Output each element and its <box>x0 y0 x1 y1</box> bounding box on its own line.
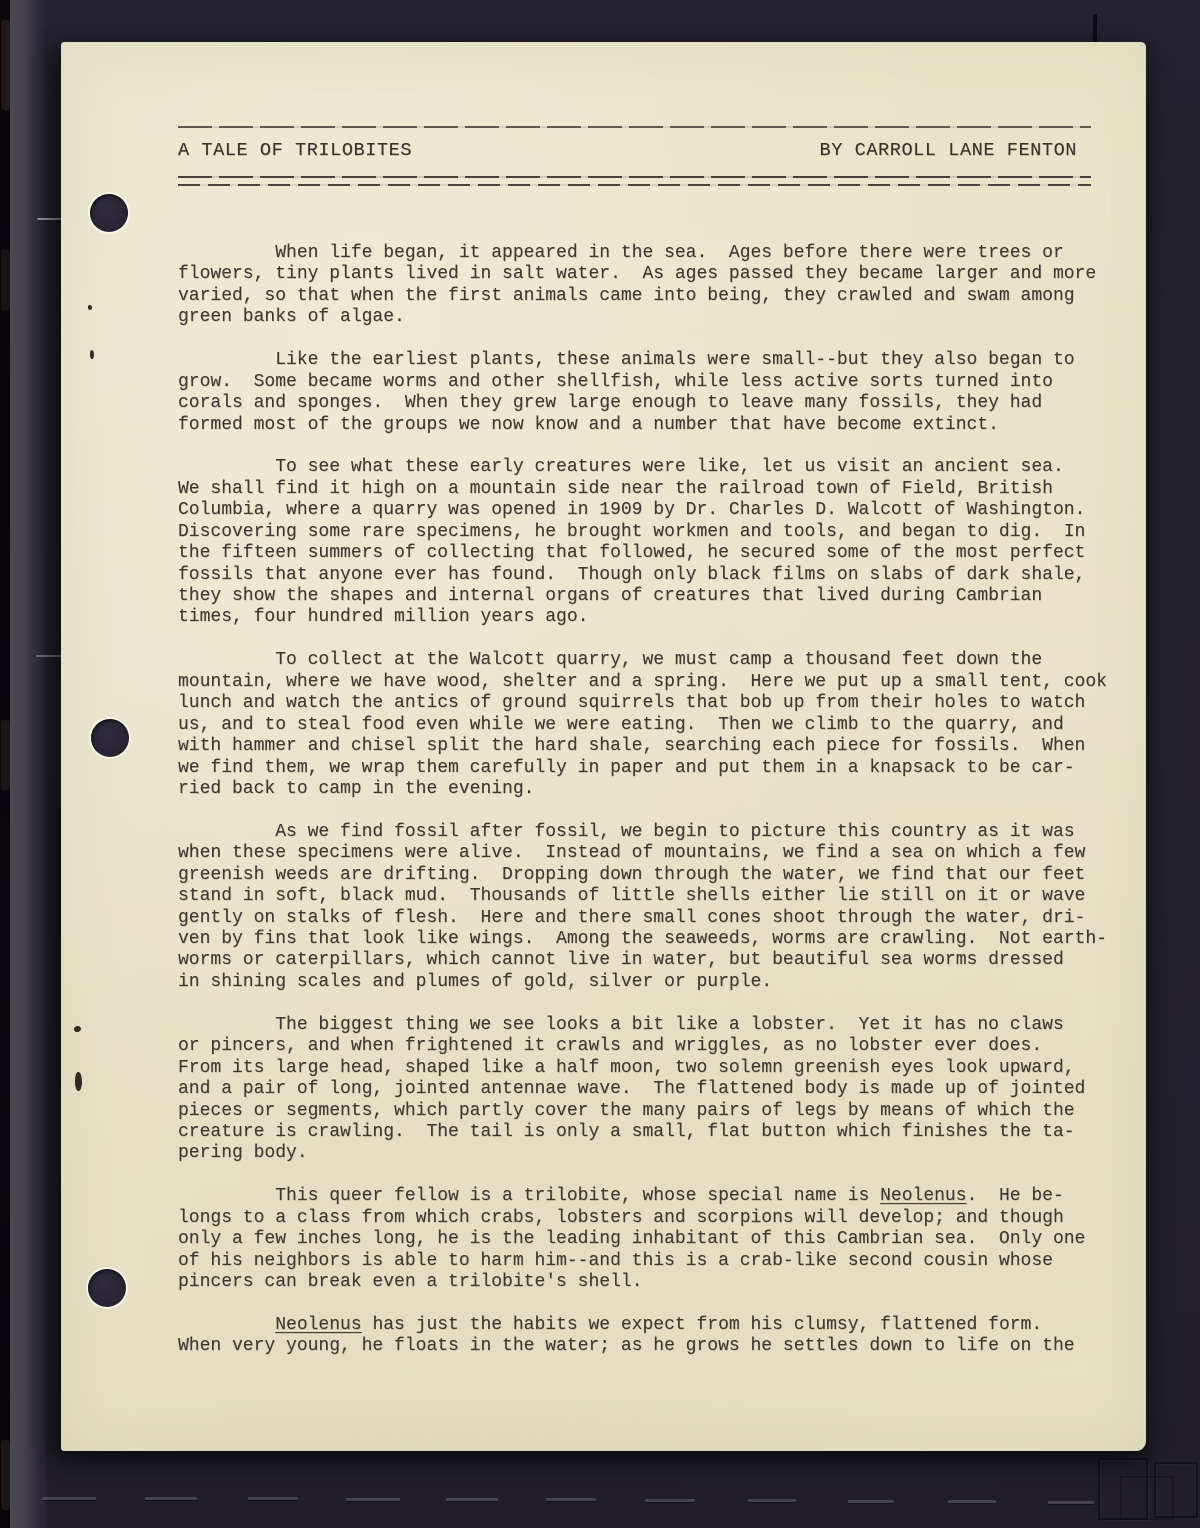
document-body: When life began, it appeared in the sea.… <box>178 243 1128 1379</box>
text-line: This queer fellow is a trilobite, whose … <box>178 1186 1128 1207</box>
paragraph: This queer fellow is a trilobite, whose … <box>178 1186 1128 1293</box>
text-line: of his neighbors is able to harm him--an… <box>178 1251 1128 1272</box>
text-line: grow. Some became worms and other shellf… <box>178 372 1128 393</box>
ink-speck <box>73 1025 82 1033</box>
header-rule-double-2 <box>178 184 1091 186</box>
text-line: pieces or segments, which partly cover t… <box>178 1101 1128 1122</box>
document-byline: BY CARROLL LANE FENTON <box>820 140 1077 161</box>
faint-dash <box>42 1497 96 1500</box>
text-line: pering body. <box>178 1143 1128 1164</box>
embossed-rectangle <box>1120 1476 1174 1520</box>
text-line: ven by fins that look like wings. Among … <box>178 929 1128 950</box>
faint-dash <box>346 1498 400 1501</box>
scratch-mark <box>37 218 62 220</box>
text-line: When life began, it appeared in the sea.… <box>178 243 1128 264</box>
text-line: stand in soft, black mud. Thousands of l… <box>178 886 1128 907</box>
text-line: formed most of the groups we now know an… <box>178 415 1128 436</box>
spine-blotch <box>1 250 10 310</box>
text-line: longs to a class from which crabs, lobst… <box>178 1208 1128 1229</box>
punch-hole <box>90 194 128 232</box>
text-line: varied, so that when the first animals c… <box>178 286 1128 307</box>
paragraph: As we find fossil after fossil, we begin… <box>178 822 1128 994</box>
text-line: us, and to steal food even while we were… <box>178 715 1128 736</box>
spine-blotch <box>1 1440 10 1510</box>
ink-speck <box>90 350 94 359</box>
paper-sheet: A TALE OF TRILOBITES BY CARROLL LANE FEN… <box>61 42 1146 1451</box>
text-line: To see what these early creatures were l… <box>178 457 1128 478</box>
text-line: and a pair of long, jointed antennae wav… <box>178 1079 1128 1100</box>
paragraph: To see what these early creatures were l… <box>178 457 1128 629</box>
paragraph: To collect at the Walcott quarry, we mus… <box>178 650 1128 800</box>
text-line: Columbia, where a quarry was opened in 1… <box>178 500 1128 521</box>
text-line: when these specimens were alive. Instead… <box>178 843 1128 864</box>
faint-dash <box>446 1498 498 1501</box>
text-line: only a few inches long, he is the leadin… <box>178 1229 1128 1250</box>
document-title: A TALE OF TRILOBITES <box>178 140 412 161</box>
faint-dash <box>145 1497 197 1500</box>
text-line: pincers can break even a trilobite's she… <box>178 1272 1128 1293</box>
text-line: times, four hundred million years ago. <box>178 607 1128 628</box>
text-line: flowers, tiny plants lived in salt water… <box>178 264 1128 285</box>
text-line: To collect at the Walcott quarry, we mus… <box>178 650 1128 671</box>
text-line: When very young, he floats in the water;… <box>178 1336 1128 1357</box>
text-line: Discovering some rare specimens, he brou… <box>178 522 1128 543</box>
text-line: corals and sponges. When they grew large… <box>178 393 1128 414</box>
text-line: ried back to camp in the evening. <box>178 779 1128 800</box>
book-spine <box>10 0 46 1528</box>
text-line: worms or caterpillars, which cannot live… <box>178 950 1128 971</box>
text-line: mountain, where we have wood, shelter an… <box>178 672 1128 693</box>
document-header: A TALE OF TRILOBITES BY CARROLL LANE FEN… <box>178 126 1091 192</box>
text-line: We shall find it high on a mountain side… <box>178 479 1128 500</box>
text-line: gently on stalks of flesh. Here and ther… <box>178 908 1128 929</box>
text-line: in shining scales and plumes of gold, si… <box>178 972 1128 993</box>
text-line: we find them, we wrap them carefully in … <box>178 758 1128 779</box>
faint-dash <box>848 1500 894 1503</box>
punch-hole <box>91 719 129 757</box>
text-line: lunch and watch the antics of ground squ… <box>178 693 1128 714</box>
faint-dash <box>546 1498 596 1501</box>
paragraph: Neolenus has just the habits we expect f… <box>178 1315 1128 1358</box>
text-line: fossils that anyone ever has found. Thou… <box>178 565 1128 586</box>
scan-background: { "page": { "header": { "title": "A TALE… <box>0 0 1200 1528</box>
text-line: the fifteen summers of collecting that f… <box>178 543 1128 564</box>
text-line: Like the earliest plants, these animals … <box>178 350 1128 371</box>
text-line: creature is crawling. The tail is only a… <box>178 1122 1128 1143</box>
header-rule-top <box>178 126 1091 128</box>
faint-dash <box>748 1499 796 1502</box>
ink-speck <box>88 305 92 310</box>
ink-speck <box>75 1072 82 1091</box>
text-line: As we find fossil after fossil, we begin… <box>178 822 1128 843</box>
text-line: Neolenus has just the habits we expect f… <box>178 1315 1128 1336</box>
paragraph: Like the earliest plants, these animals … <box>178 350 1128 436</box>
header-row: A TALE OF TRILOBITES BY CARROLL LANE FEN… <box>178 140 1077 161</box>
faint-dash <box>1048 1501 1094 1504</box>
text-line: From its large head, shaped like a half … <box>178 1058 1128 1079</box>
text-line: The biggest thing we see looks a bit lik… <box>178 1015 1128 1036</box>
faint-dash <box>645 1499 695 1502</box>
punch-hole <box>88 1269 126 1307</box>
faint-dash <box>948 1500 996 1503</box>
paragraph: When life began, it appeared in the sea.… <box>178 243 1128 329</box>
text-line: they show the shapes and internal organs… <box>178 586 1128 607</box>
text-line: with hammer and chisel split the hard sh… <box>178 736 1128 757</box>
spine-blotch <box>1 720 10 790</box>
scratch-mark <box>36 655 62 657</box>
faint-dash <box>248 1497 298 1500</box>
text-line: greenish weeds are drifting. Dropping do… <box>178 865 1128 886</box>
paragraph: The biggest thing we see looks a bit lik… <box>178 1015 1128 1165</box>
text-line: green banks of algae. <box>178 307 1128 328</box>
text-line: or pincers, and when frightened it crawl… <box>178 1036 1128 1057</box>
spine-blotch <box>1 20 10 110</box>
header-rule-double-1 <box>178 176 1091 178</box>
